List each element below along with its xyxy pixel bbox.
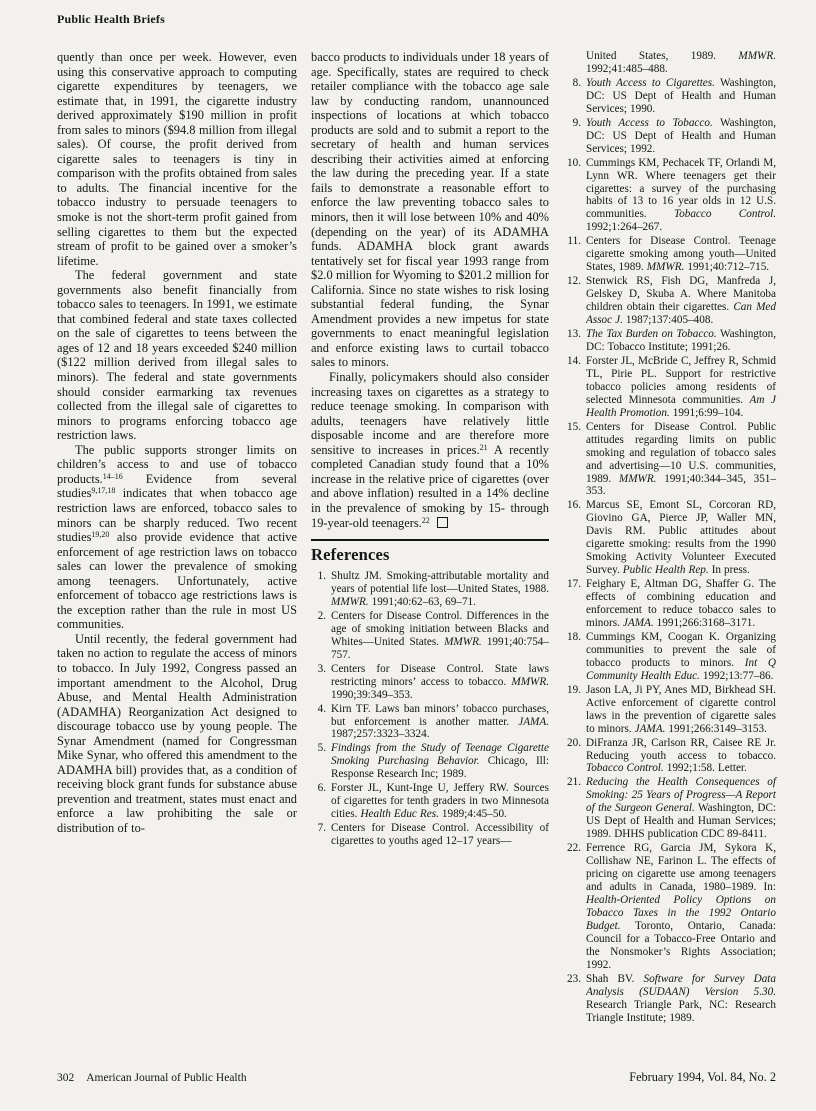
- citation-superscript: 14–16: [103, 472, 123, 481]
- reference-text: Ferrence RG, Garcia JM, Sykora K, Collis…: [586, 842, 776, 972]
- reference-number: 16.: [566, 499, 581, 512]
- reference-item: 15.Centers for Disease Control. Public a…: [566, 421, 776, 499]
- reference-text: Marcus SE, Emont SL, Corcoran RD, Giovin…: [586, 499, 776, 577]
- paragraph: bacco products to individuals under 18 y…: [311, 50, 549, 370]
- paragraph: Until recently, the federal government h…: [57, 632, 297, 836]
- reference-number: 3.: [311, 663, 326, 676]
- reference-item: 16.Marcus SE, Emont SL, Corcoran RD, Gio…: [566, 499, 776, 577]
- reference-item: 4.Kirn TF. Laws ban minors’ tobacco purc…: [311, 703, 549, 742]
- reference-item: 7.Centers for Disease Control. Accessibi…: [311, 822, 549, 848]
- reference-text: Centers for Disease Control. Teenage cig…: [586, 235, 776, 274]
- reference-number: 21.: [566, 776, 581, 789]
- reference-item: 12.Stenwick RS, Fish DG, Manfreda J, Gel…: [566, 275, 776, 327]
- paragraph: The public supports stronger limits on c…: [57, 443, 297, 632]
- reference-item: 6.Forster JL, Kunt-Inge U, Jeffery RW. S…: [311, 782, 549, 821]
- paragraph: quently than once per week. However, eve…: [57, 50, 297, 268]
- reference-text: Forster JL, Kunt-Inge U, Jeffery RW. Sou…: [331, 782, 549, 821]
- reference-text: Stenwick RS, Fish DG, Manfreda J, Gelske…: [586, 275, 776, 327]
- reference-text: Centers for Disease Control. Public atti…: [586, 421, 776, 499]
- reference-number: 12.: [566, 275, 581, 288]
- paragraph: The federal government and state governm…: [57, 268, 297, 443]
- reference-number: 9.: [566, 117, 581, 130]
- reference-item: 2.Centers for Disease Control. Differenc…: [311, 610, 549, 662]
- reference-number: 8.: [566, 77, 581, 90]
- reference-item: 14.Forster JL, McBride C, Jeffrey R, Sch…: [566, 355, 776, 420]
- reference-text: Cummings KM, Coogan K. Organizing commun…: [586, 631, 776, 683]
- reference-number: 7.: [311, 822, 326, 835]
- reference-number: 18.: [566, 631, 581, 644]
- reference-item: 8.Youth Access to Cigarettes. Washington…: [566, 77, 776, 116]
- reference-item: 1.Shultz JM. Smoking-attributable mortal…: [311, 570, 549, 609]
- reference-number: 5.: [311, 742, 326, 755]
- reference-number: 2.: [311, 610, 326, 623]
- column-2-body: bacco products to individuals under 18 y…: [311, 50, 549, 530]
- reference-text: Reducing the Health Consequences of Smok…: [586, 776, 776, 841]
- reference-text: Shultz JM. Smoking-attributable mortalit…: [331, 570, 549, 609]
- text-column-2: bacco products to individuals under 18 y…: [311, 50, 549, 849]
- reference-text: United States, 1989. MMWR. 1992;41:485–4…: [586, 50, 776, 76]
- reference-text: Kirn TF. Laws ban minors’ tobacco purcha…: [331, 703, 549, 742]
- end-of-article-box: [437, 517, 448, 528]
- references-heading: References: [311, 545, 549, 565]
- reference-text: Findings from the Study of Teenage Cigar…: [331, 742, 549, 781]
- reference-text: Youth Access to Tobacco. Washington, DC:…: [586, 117, 776, 156]
- reference-text: Centers for Disease Control. Accessibili…: [331, 822, 549, 848]
- citation-superscript: 22: [422, 516, 430, 525]
- reference-text: Centers for Disease Control. Differences…: [331, 610, 549, 662]
- references-list-part1: 1.Shultz JM. Smoking-attributable mortal…: [311, 570, 549, 848]
- reference-item: 11.Centers for Disease Control. Teenage …: [566, 235, 776, 274]
- page-number: 302: [57, 1072, 74, 1084]
- reference-item: 18.Cummings KM, Coogan K. Organizing com…: [566, 631, 776, 683]
- reference-number: 6.: [311, 782, 326, 795]
- journal-name: American Journal of Public Health: [86, 1072, 246, 1084]
- reference-item: 3.Centers for Disease Control. State law…: [311, 663, 549, 702]
- running-head: Public Health Briefs: [57, 12, 165, 27]
- reference-item: 21.Reducing the Health Consequences of S…: [566, 776, 776, 841]
- citation-superscript: 21: [480, 443, 488, 452]
- reference-number: 13.: [566, 328, 581, 341]
- reference-number: 4.: [311, 703, 326, 716]
- reference-number: 19.: [566, 684, 581, 697]
- reference-item: 20.DiFranza JR, Carlson RR, Caisee RE Jr…: [566, 737, 776, 776]
- reference-number: 20.: [566, 737, 581, 750]
- reference-number: 15.: [566, 421, 581, 434]
- citation-superscript: 19,20: [91, 530, 109, 539]
- text-column-1: quently than once per week. However, eve…: [57, 50, 297, 836]
- reference-number: 14.: [566, 355, 581, 368]
- references-divider: [311, 539, 549, 541]
- issue-info: February 1994, Vol. 84, No. 2: [629, 1070, 776, 1085]
- references-list-part2: United States, 1989. MMWR. 1992;41:485–4…: [566, 50, 776, 1025]
- reference-item: 5.Findings from the Study of Teenage Cig…: [311, 742, 549, 781]
- footer-left: 302American Journal of Public Health: [57, 1072, 247, 1084]
- paragraph: Finally, policymakers should also consid…: [311, 370, 549, 530]
- text-column-3: United States, 1989. MMWR. 1992;41:485–4…: [566, 50, 776, 1026]
- reference-number: 10.: [566, 157, 581, 170]
- reference-text: The Tax Burden on Tobacco. Washington, D…: [586, 328, 776, 354]
- reference-number: 22.: [566, 842, 581, 855]
- reference-number: 11.: [566, 235, 581, 248]
- reference-text: Youth Access to Cigarettes. Washington, …: [586, 77, 776, 116]
- reference-text: Centers for Disease Control. State laws …: [331, 663, 549, 702]
- reference-text: Shah BV. Software for Survey Data Analys…: [586, 973, 776, 1025]
- reference-text: Jason LA, Ji PY, Anes MD, Birkhead SH. A…: [586, 684, 776, 736]
- reference-item: 13.The Tax Burden on Tobacco. Washington…: [566, 328, 776, 354]
- reference-item: 17.Feighary E, Altman DG, Shaffer G. The…: [566, 578, 776, 630]
- reference-item: 10.Cummings KM, Pechacek TF, Orlandi M, …: [566, 157, 776, 235]
- reference-number: 23.: [566, 973, 581, 986]
- reference-item: 19.Jason LA, Ji PY, Anes MD, Birkhead SH…: [566, 684, 776, 736]
- reference-item: 22.Ferrence RG, Garcia JM, Sykora K, Col…: [566, 842, 776, 972]
- reference-item: 23.Shah BV. Software for Survey Data Ana…: [566, 973, 776, 1025]
- reference-item: United States, 1989. MMWR. 1992;41:485–4…: [566, 50, 776, 76]
- reference-text: Forster JL, McBride C, Jeffrey R, Schmid…: [586, 355, 776, 420]
- reference-text: DiFranza JR, Carlson RR, Caisee RE Jr. R…: [586, 737, 776, 776]
- citation-superscript: 9,17,18: [91, 486, 115, 495]
- reference-number: 1.: [311, 570, 326, 583]
- reference-text: Cummings KM, Pechacek TF, Orlandi M, Lyn…: [586, 157, 776, 235]
- reference-item: 9.Youth Access to Tobacco. Washington, D…: [566, 117, 776, 156]
- reference-text: Feighary E, Altman DG, Shaffer G. The ef…: [586, 578, 776, 630]
- reference-number: 17.: [566, 578, 581, 591]
